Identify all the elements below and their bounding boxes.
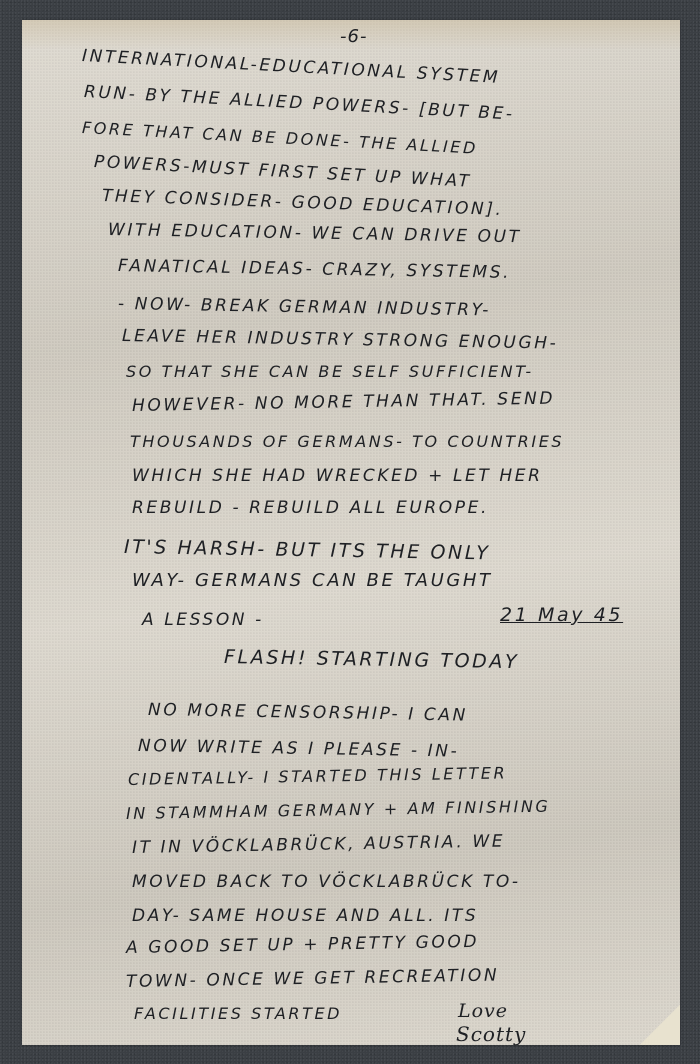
letter-page: -6- INTERNATIONAL-EDUCATIONAL SYSTEM RUN… — [22, 20, 680, 1045]
text-line: LEAVE HER INDUSTRY STRONG ENOUGH- — [122, 326, 559, 354]
text-line: NOW WRITE AS I PLEASE - IN- — [138, 736, 460, 762]
text-line: DAY- SAME HOUSE AND ALL. ITS — [132, 906, 478, 926]
text-line: IT'S HARSH- BUT ITS THE ONLY — [124, 536, 491, 564]
signature: Scotty — [456, 1022, 526, 1046]
text-line: FACILITIES STARTED — [134, 1004, 342, 1023]
text-line: TOWN- ONCE WE GET RECREATION — [126, 965, 500, 992]
text-line: WHICH SHE HAD WRECKED + LET HER — [132, 466, 543, 486]
text-line: CIDENTALLY- I STARTED THIS LETTER — [128, 763, 508, 789]
text-line: HOWEVER- NO MORE THAN THAT. SEND — [132, 389, 555, 416]
text-line: REBUILD - REBUILD ALL EUROPE. — [132, 498, 489, 518]
text-line: WITH EDUCATION- WE CAN DRIVE OUT — [108, 220, 522, 247]
page-number: -6- — [340, 26, 367, 47]
text-line: A LESSON - — [142, 610, 264, 630]
text-line: IT IN VÖCKLABRÜCK, AUSTRIA. WE — [132, 831, 505, 858]
text-line: THEY CONSIDER- GOOD EDUCATION]. — [102, 186, 504, 220]
closing: Love — [458, 1000, 508, 1022]
text-line: FLASH! STARTING TODAY — [224, 646, 520, 673]
text-line: THOUSANDS OF GERMANS- TO COUNTRIES — [130, 432, 564, 451]
text-line: A GOOD SET UP + PRETTY GOOD — [126, 932, 479, 958]
curled-corner — [640, 1005, 680, 1045]
text-line: MOVED BACK TO VÖCKLABRÜCK TO- — [132, 872, 521, 892]
text-line: FANATICAL IDEAS- CRAZY, SYSTEMS. — [118, 256, 512, 283]
text-line: NO MORE CENSORSHIP- I CAN — [148, 700, 468, 726]
text-line: WAY- GERMANS CAN BE TAUGHT — [132, 570, 493, 591]
text-line: - NOW- BREAK GERMAN INDUSTRY- — [118, 294, 491, 321]
text-line: POWERS-MUST FIRST SET UP WHAT — [93, 152, 472, 192]
text-line: SO THAT SHE CAN BE SELF SUFFICIENT- — [126, 362, 534, 381]
letter-date: 21 May 45 — [500, 604, 623, 626]
text-line: FORE THAT CAN BE DONE- THE ALLIED — [82, 118, 479, 158]
text-line: RUN- BY THE ALLIED POWERS- [BUT BE- — [83, 82, 515, 125]
text-line: INTERNATIONAL-EDUCATIONAL SYSTEM — [81, 46, 500, 88]
text-line: IN STAMMHAM GERMANY + AM FINISHING — [126, 797, 551, 823]
